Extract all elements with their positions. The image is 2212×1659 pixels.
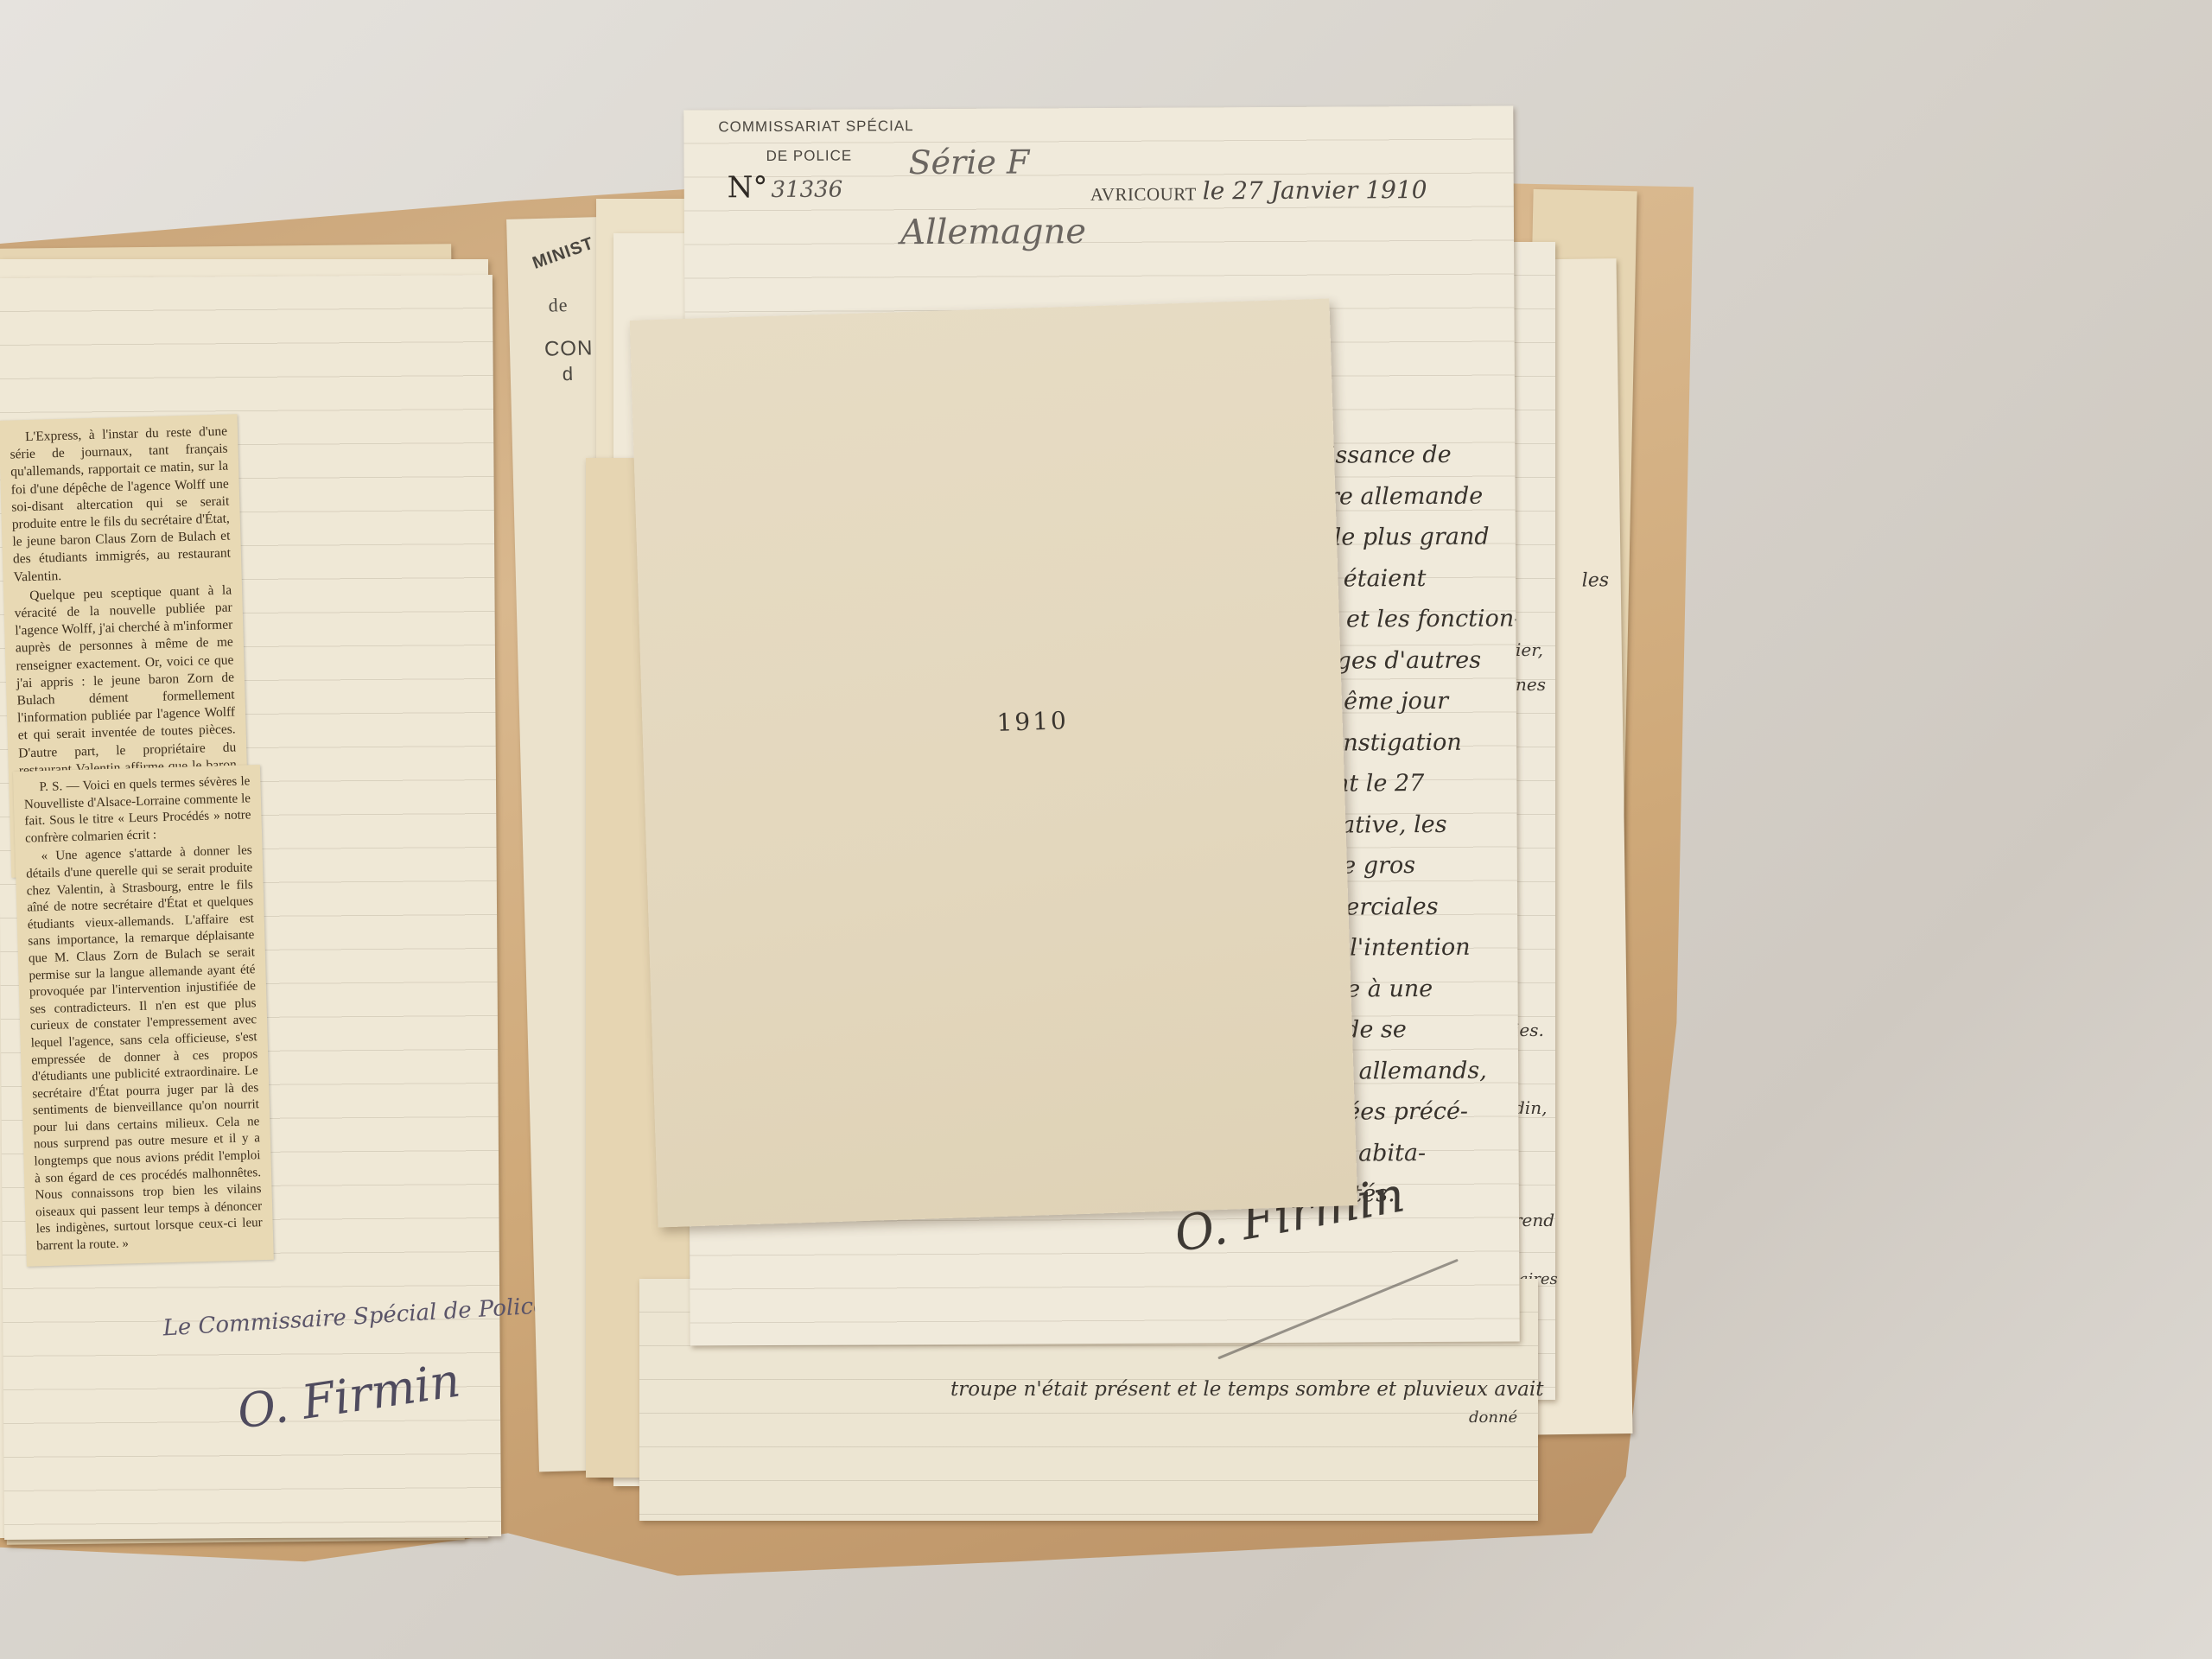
newspaper-clipping-2: P. S. — Voici en quels termes sévères le… xyxy=(13,765,274,1266)
bottom-continuation: donné xyxy=(1469,1408,1517,1427)
right-fragment: din, xyxy=(1514,1097,1547,1118)
ministry-letterhead: d xyxy=(562,363,574,385)
clipping-2-paragraph: « Une agence s'attarde à donner les déta… xyxy=(25,843,263,1255)
reference-number: N° 31336 xyxy=(728,170,843,206)
ministry-letterhead: CON xyxy=(544,336,594,361)
classification-annotation: Série F xyxy=(908,143,1029,181)
letterhead-line-2: DE POLICE xyxy=(766,148,852,166)
right-fragment: les xyxy=(1582,569,1610,591)
clipping-2-paragraph: P. S. — Voici en quels termes sévères le… xyxy=(23,773,251,848)
letterhead-line-1: COMMISSARIAT SPÉCIAL xyxy=(718,118,913,136)
year-label: 1910 xyxy=(996,706,1069,737)
country-annotation: Allemagne xyxy=(900,212,1086,252)
number-label: N° xyxy=(728,170,768,205)
closing-formula: Le Commissaire Spécial de Police, xyxy=(162,1293,555,1342)
cover-sheet-1910: 1910 xyxy=(630,299,1358,1228)
left-letter-page: L'Express, à l'instar du reste d'une sér… xyxy=(0,275,501,1540)
right-fragment: rend xyxy=(1514,1210,1554,1230)
signature-left: O. Firmin xyxy=(234,1353,464,1440)
ministry-letterhead: MINIST xyxy=(530,234,596,274)
bottom-handwritten-line: troupe n'était présent et le temps sombr… xyxy=(950,1378,1543,1401)
date-handwritten: le 27 Janvier 1910 xyxy=(1203,175,1427,205)
number-value: 31336 xyxy=(771,177,842,203)
ministry-letterhead: de xyxy=(548,294,568,317)
right-fragment: ies. xyxy=(1514,1020,1544,1040)
place-printed: AVRICOURT xyxy=(1090,183,1197,206)
right-fragment: nes xyxy=(1516,674,1546,695)
clipping-1-paragraph: L'Express, à l'instar du reste d'une sér… xyxy=(10,423,232,587)
right-fragment: ier, xyxy=(1516,639,1543,660)
